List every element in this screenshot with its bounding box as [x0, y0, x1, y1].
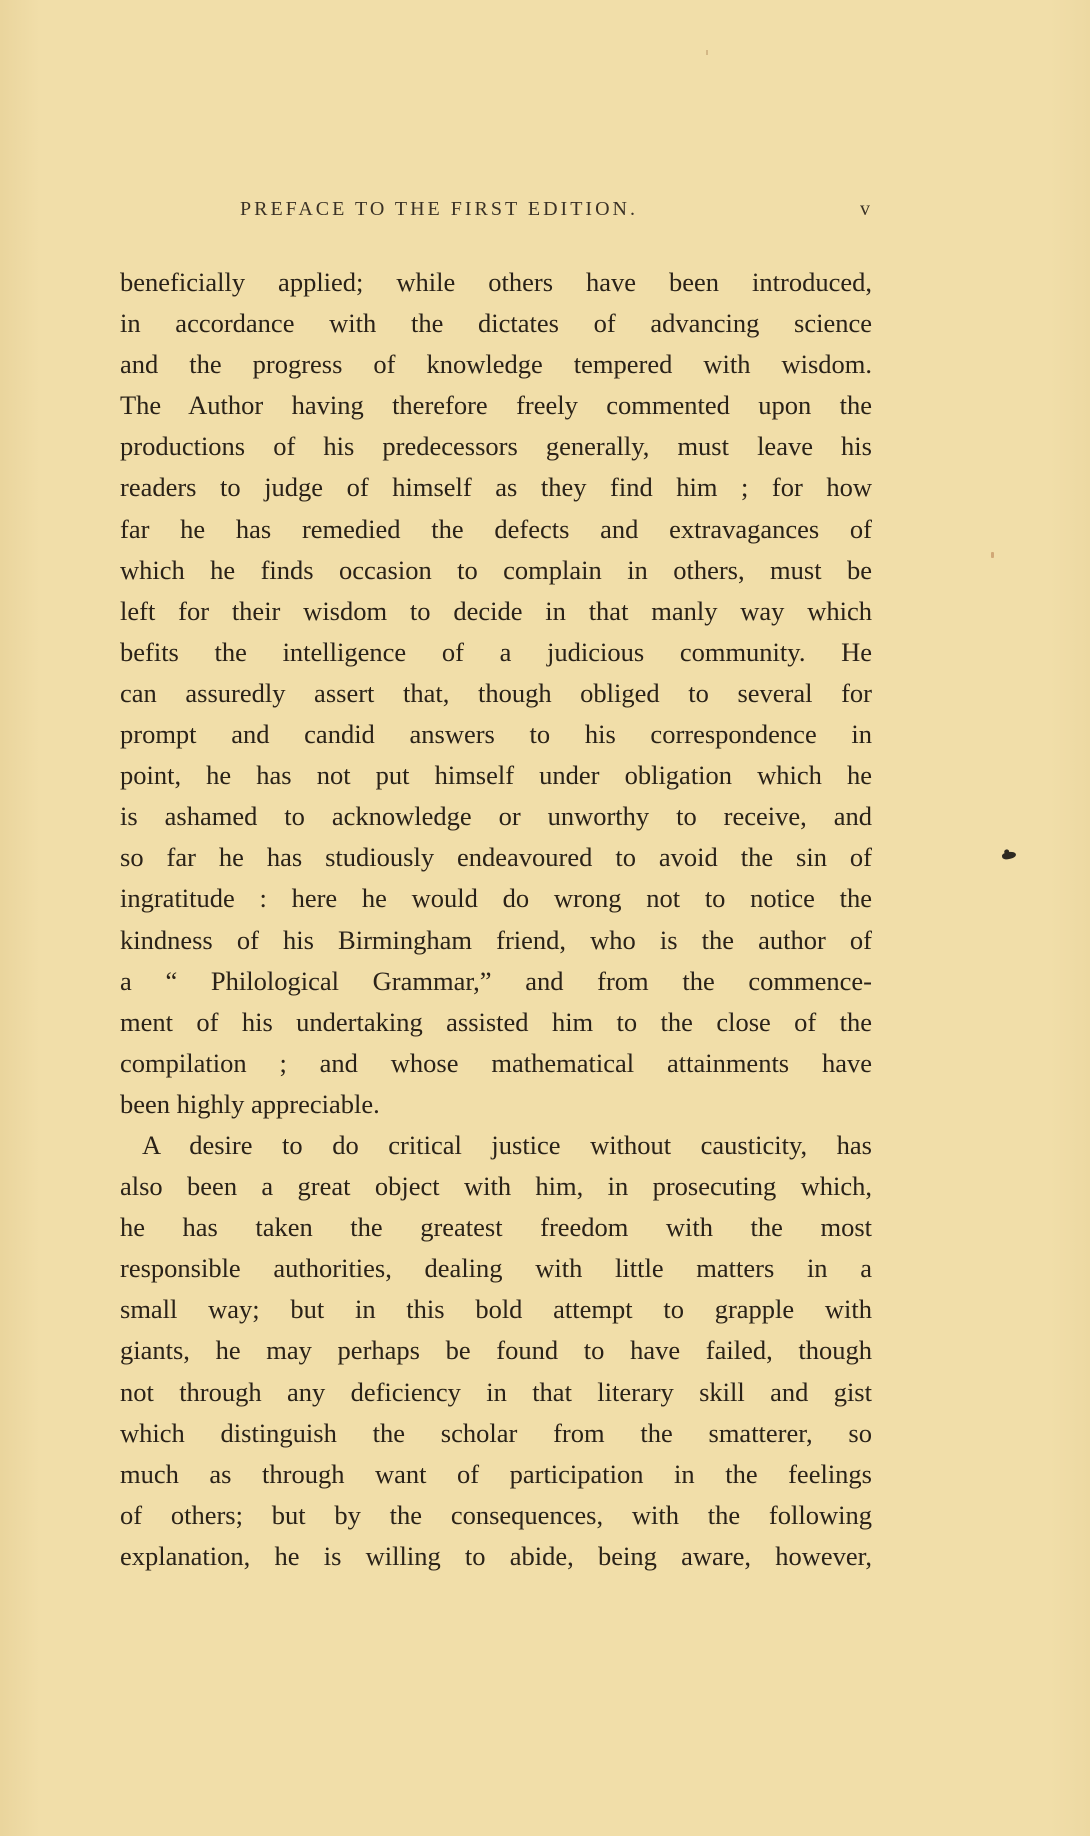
text-line: responsible authorities, dealing with li… — [120, 1248, 872, 1289]
paragraph-1: beneficially applied; while others have … — [120, 262, 872, 1125]
text-line: can assuredly assert that, though oblige… — [120, 673, 872, 714]
text-line: also been a great object with him, in pr… — [120, 1166, 872, 1207]
text-line: kindness of his Birmingham friend, who i… — [120, 920, 872, 961]
text-line: so far he has studiously endeavoured to … — [120, 837, 872, 878]
text-line: not through any deficiency in that liter… — [120, 1372, 872, 1413]
text-line: productions of his predecessors generall… — [120, 426, 872, 467]
text-line: in accordance with the dictates of advan… — [120, 303, 872, 344]
text-line: and the progress of knowledge tempered w… — [120, 344, 872, 385]
text-line: explanation, he is willing to abide, bei… — [120, 1536, 872, 1577]
text-line: point, he has not put himself under obli… — [120, 755, 872, 796]
running-head: PREFACE TO THE FIRST EDITION. v — [120, 198, 870, 228]
text-line: of others; but by the consequences, with… — [120, 1495, 872, 1536]
text-line: much as through want of participation in… — [120, 1454, 872, 1495]
running-head-title: PREFACE TO THE FIRST EDITION. — [240, 198, 638, 221]
paper-speck — [706, 50, 708, 55]
book-page: PREFACE TO THE FIRST EDITION. v benefici… — [0, 0, 1090, 1836]
text-line: which he finds occasion to complain in o… — [120, 550, 872, 591]
text-line: ment of his undertaking assisted him to … — [120, 1002, 872, 1043]
paper-speck — [991, 552, 994, 558]
text-line: The Author having therefore freely comme… — [120, 385, 872, 426]
text-line: giants, he may perhaps be found to have … — [120, 1330, 872, 1371]
text-line: is ashamed to acknowledge or unworthy to… — [120, 796, 872, 837]
text-line: small way; but in this bold attempt to g… — [120, 1289, 872, 1330]
text-line: been highly appreciable. — [120, 1084, 872, 1125]
page-number: v — [860, 198, 870, 221]
text-line: left for their wisdom to decide in that … — [120, 591, 872, 632]
paragraph-2: A desire to do critical justice without … — [120, 1125, 872, 1577]
body-text: beneficially applied; while others have … — [120, 262, 872, 1577]
text-line: readers to judge of himself as they find… — [120, 467, 872, 508]
text-line: befits the intelligence of a judicious c… — [120, 632, 872, 673]
text-line: A desire to do critical justice without … — [120, 1125, 872, 1166]
text-line: ingratitude : here he would do wrong not… — [120, 878, 872, 919]
text-line: which distinguish the scholar from the s… — [120, 1413, 872, 1454]
text-line: compilation ; and whose mathematical att… — [120, 1043, 872, 1084]
text-line: he has taken the greatest freedom with t… — [120, 1207, 872, 1248]
text-line: a “ Philological Grammar,” and from the … — [120, 961, 872, 1002]
text-line: prompt and candid answers to his corresp… — [120, 714, 872, 755]
ink-blot-mark — [1001, 851, 1016, 861]
text-line: far he has remedied the defects and extr… — [120, 509, 872, 550]
text-line: beneficially applied; while others have … — [120, 262, 872, 303]
